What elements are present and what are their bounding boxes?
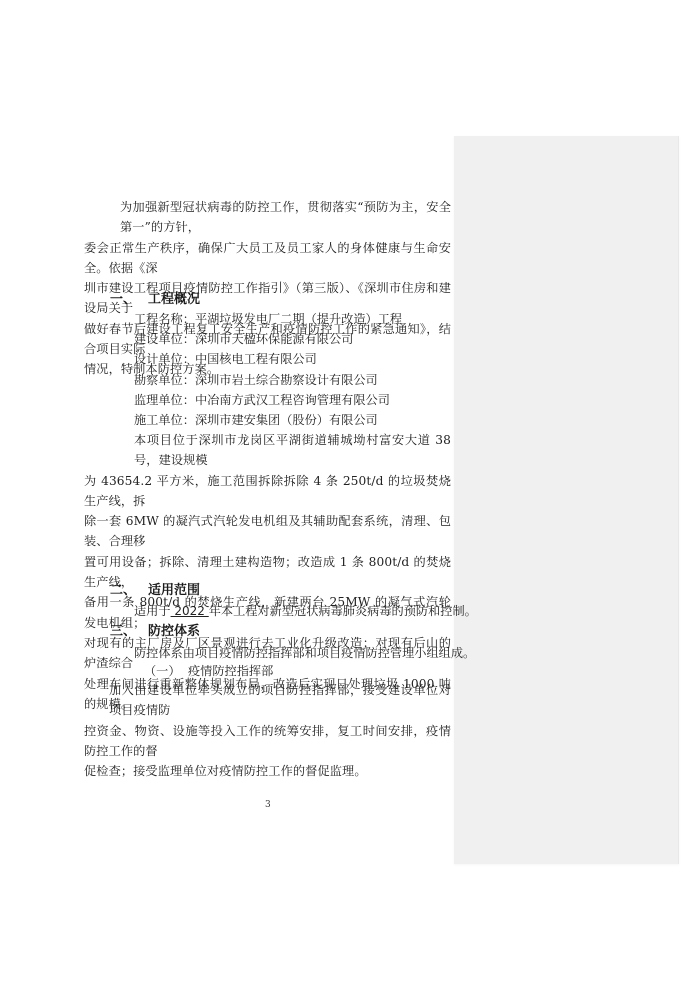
description-line: 为 43654.2 平方米，施工范围拆除拆除 4 条 250t/d 的垃圾焚烧生…	[84, 471, 451, 512]
scope-suffix: 年本工程对新型冠状病毒肺炎病毒的预防和控制。	[209, 604, 477, 618]
scope-text: 适用于 2022 年本工程对新型冠状病毒肺炎病毒的预防和控制。	[134, 601, 477, 621]
field-label: 勘察单位：	[134, 373, 195, 387]
section-heading-2: 二、适用范围	[110, 581, 200, 601]
field-label: 工程名称：	[134, 312, 195, 326]
subsection-line: 控资金、物资、设施等投入工作的统筹安排，复工时间安排，疫情防控工作的督	[84, 721, 451, 762]
subsection-line: 加入由建设单位牵头成立的项目防控指挥部，接受建设单位对项目疫情防	[84, 680, 451, 721]
section-number: 一、	[110, 290, 148, 310]
document-page: 为加强新型冠状病毒的防控工作，贯彻落实“预防为主，安全第一”的方针， 委会正常生…	[0, 0, 700, 990]
section-number: 三、	[110, 622, 148, 642]
scope-prefix: 适用于	[134, 604, 171, 618]
section-heading-3: 三、防控体系	[110, 622, 200, 642]
subsection-title: 疫情防控指挥部	[188, 664, 273, 678]
description-line: 除一套 6MW 的凝汽式汽轮发电机组及其辅助配套系统，清理、包装、合理移	[84, 511, 451, 552]
field-label: 监理单位：	[134, 393, 195, 407]
field-value: 深圳市天楹环保能源有限公司	[195, 332, 353, 346]
field-project-name: 工程名称：平湖垃圾发电厂二期（提升改造）工程	[134, 309, 402, 329]
intro-line: 委会正常生产秩序，确保广大员工及员工家人的身体健康与生命安全。依据《深	[84, 238, 451, 279]
subsection-number: （一）	[144, 661, 188, 681]
field-value: 深圳市建安集团（股份）有限公司	[195, 413, 378, 427]
page-number: 3	[265, 800, 271, 810]
subsection-line: 促检查；接受监理单位对疫情防控工作的督促监理。	[84, 761, 451, 781]
field-label: 建设单位：	[134, 332, 195, 346]
field-construction-unit: 建设单位：深圳市天楹环保能源有限公司	[134, 329, 353, 349]
section-title: 工程概况	[148, 292, 200, 307]
field-supervision-unit: 监理单位：中冶南方武汉工程咨询管理有限公司	[134, 390, 390, 410]
system-intro: 防控体系由项目疫情防控指挥部和项目疫情防控管理小组组成。	[134, 643, 475, 663]
subsection-paragraph: 加入由建设单位牵头成立的项目防控指挥部，接受建设单位对项目疫情防 控资金、物资、…	[84, 680, 451, 781]
scope-year: 2022	[171, 604, 209, 618]
field-design-unit: 设计单位：中国核电工程有限公司	[134, 349, 317, 369]
intro-line: 为加强新型冠状病毒的防控工作，贯彻落实“预防为主，安全第一”的方针，	[84, 197, 451, 238]
field-survey-unit: 勘察单位：深圳市岩土综合勘察设计有限公司	[134, 370, 378, 390]
field-value: 平湖垃圾发电厂二期（提升改造）工程	[195, 312, 402, 326]
section-title: 适用范围	[148, 583, 200, 598]
field-value: 中国核电工程有限公司	[195, 352, 317, 366]
comment-pane[interactable]	[454, 136, 679, 864]
field-label: 设计单位：	[134, 352, 195, 366]
field-label: 施工单位：	[134, 413, 195, 427]
section-heading-1: 一、工程概况	[110, 290, 200, 310]
field-value: 中冶南方武汉工程咨询管理有限公司	[195, 393, 390, 407]
field-value: 深圳市岩土综合勘察设计有限公司	[195, 373, 378, 387]
section-number: 二、	[110, 581, 148, 601]
section-title: 防控体系	[148, 624, 200, 639]
field-contractor-unit: 施工单位：深圳市建安集团（股份）有限公司	[134, 410, 378, 430]
subsection-heading-1: （一）疫情防控指挥部	[144, 661, 273, 681]
description-line: 本项目位于深圳市龙岗区平湖街道辅城坳村富安大道 38 号，建设规模	[84, 430, 451, 471]
